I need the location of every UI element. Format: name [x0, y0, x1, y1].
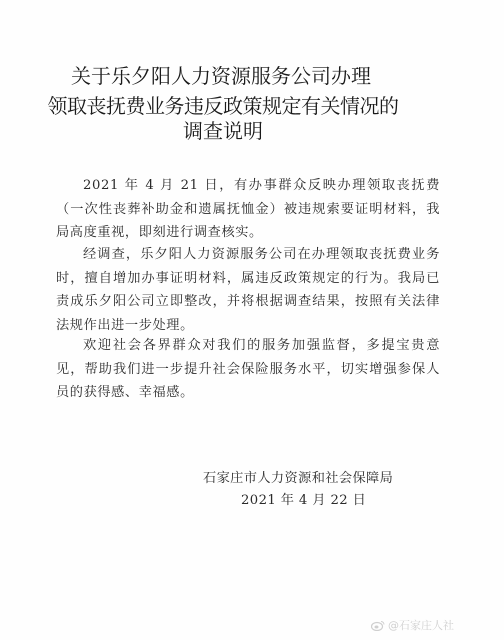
watermark: @石家庄人社	[371, 617, 454, 633]
signature-organization: 石家庄市人力资源和社会保障局	[203, 467, 393, 486]
watermark-text: @石家庄人社	[388, 617, 454, 633]
paragraph-3: 欢迎社会各界群众对我们的服务加强监督，多提宝贵意见，帮助我们进一步提升社会保险服…	[56, 334, 440, 405]
signature-date: 2021 年 4 月 22 日	[241, 489, 366, 508]
document-page: 关于乐夕阳人力资源服务公司办理 领取丧抚费业务违反政策规定有关情况的 调查说明 …	[0, 0, 504, 640]
title-line-3: 调查说明	[0, 118, 504, 144]
paragraph-2: 经调查，乐夕阳人力资源服务公司在办理领取丧抚费业务时，擅自增加办事证明材料，属违…	[56, 243, 440, 337]
title-line-1: 关于乐夕阳人力资源服务公司办理	[0, 63, 504, 89]
paragraph-1: 2021 年 4 月 21 日，有办事群众反映办理领取丧抚费（一次性丧葬补助金和…	[56, 174, 440, 245]
weibo-icon	[371, 620, 385, 631]
title-line-2: 领取丧抚费业务违反政策规定有关情况的	[0, 93, 504, 119]
